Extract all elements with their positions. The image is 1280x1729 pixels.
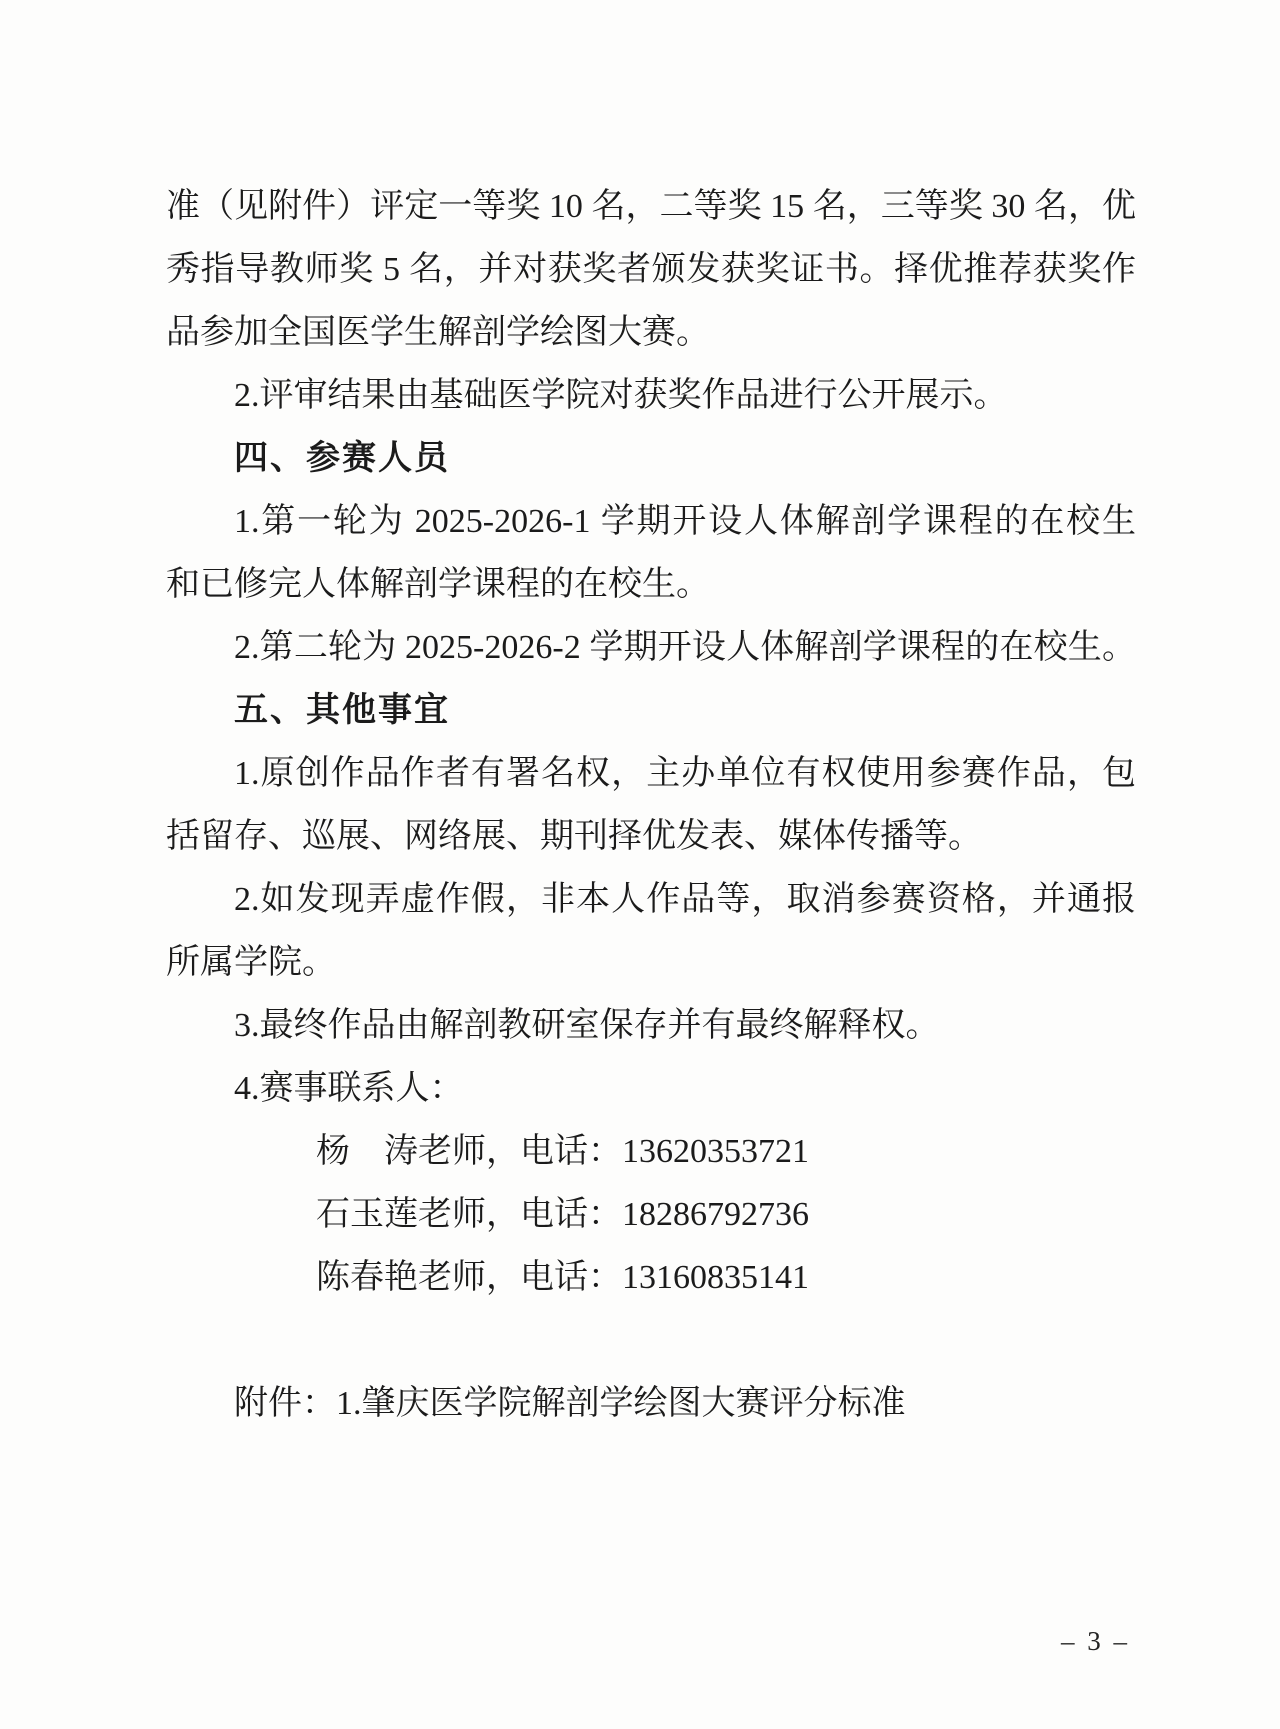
text-line: 附件：1.肇庆医学院解剖学绘图大赛评分标准 [166,1372,1136,1435]
heading-section-4-participants: 四、参赛人员 [166,427,1136,490]
para-round-1: 1.第一轮为 2025-2026-1 学期开设人体解剖学课程的在校生 和已修完人… [166,490,1136,616]
heading-text: 四、参赛人员 [166,427,1136,490]
text-line: 2.第二轮为 2025-2026-2 学期开设人体解剖学课程的在校生。 [166,616,1136,679]
text-line: 品参加全国医学生解剖学绘图大赛。 [166,301,1136,364]
contact-text: 石玉莲老师，电话：18286792736 [316,1183,1136,1246]
text-line: 括留存、巡展、网络展、期刊择优发表、媒体传播等。 [166,805,1136,868]
para-round-2: 2.第二轮为 2025-2026-2 学期开设人体解剖学课程的在校生。 [166,616,1136,679]
text-line: 3.最终作品由解剖教研室保存并有最终解释权。 [166,994,1136,1057]
para-contacts-label: 4.赛事联系人： [166,1057,1136,1120]
contact-line-chen-chunyan: 陈春艳老师，电话：13160835141 [316,1246,1136,1309]
text-line: 4.赛事联系人： [166,1057,1136,1120]
para-award-counts: 准（见附件）评定一等奖 10 名，二等奖 15 名，三等奖 30 名，优 秀指导… [166,175,1136,364]
scanned-document-page: 准（见附件）评定一等奖 10 名，二等奖 15 名，三等奖 30 名，优 秀指导… [0,0,1280,1729]
contact-text: 杨 涛老师，电话：13620353721 [316,1120,1136,1183]
document-body: 准（见附件）评定一等奖 10 名，二等奖 15 名，三等奖 30 名，优 秀指导… [0,0,1280,1435]
contact-text: 陈春艳老师，电话：13160835141 [316,1246,1136,1309]
page-number: – 3 – [1061,1626,1130,1657]
text-line: 所属学院。 [166,931,1136,994]
text-line: 和已修完人体解剖学课程的在校生。 [166,553,1136,616]
para-final-interpretation: 3.最终作品由解剖教研室保存并有最终解释权。 [166,994,1136,1057]
text-line: 准（见附件）评定一等奖 10 名，二等奖 15 名，三等奖 30 名，优 [166,175,1136,238]
contact-line-yang-tao: 杨 涛老师，电话：13620353721 [316,1120,1136,1183]
text-line: 2.如发现弄虚作假，非本人作品等，取消参赛资格，并通报 [166,868,1136,931]
text-line: 1.原创作品作者有署名权，主办单位有权使用参赛作品，包 [166,742,1136,805]
text-line: 1.第一轮为 2025-2026-1 学期开设人体解剖学课程的在校生 [166,490,1136,553]
text-line: 2.评审结果由基础医学院对获奖作品进行公开展示。 [166,364,1136,427]
attachment-note: 附件：1.肇庆医学院解剖学绘图大赛评分标准 [166,1372,1136,1435]
text-line: 秀指导教师奖 5 名，并对获奖者颁发获奖证书。择优推荐获奖作 [166,238,1136,301]
contact-line-shi-yulian: 石玉莲老师，电话：18286792736 [316,1183,1136,1246]
heading-text: 五、其他事宜 [166,679,1136,742]
para-disqualification: 2.如发现弄虚作假，非本人作品等，取消参赛资格，并通报 所属学院。 [166,868,1136,994]
heading-section-5-other-matters: 五、其他事宜 [166,679,1136,742]
para-review-publicity: 2.评审结果由基础医学院对获奖作品进行公开展示。 [166,364,1136,427]
para-authorship-rights: 1.原创作品作者有署名权，主办单位有权使用参赛作品，包 括留存、巡展、网络展、期… [166,742,1136,868]
